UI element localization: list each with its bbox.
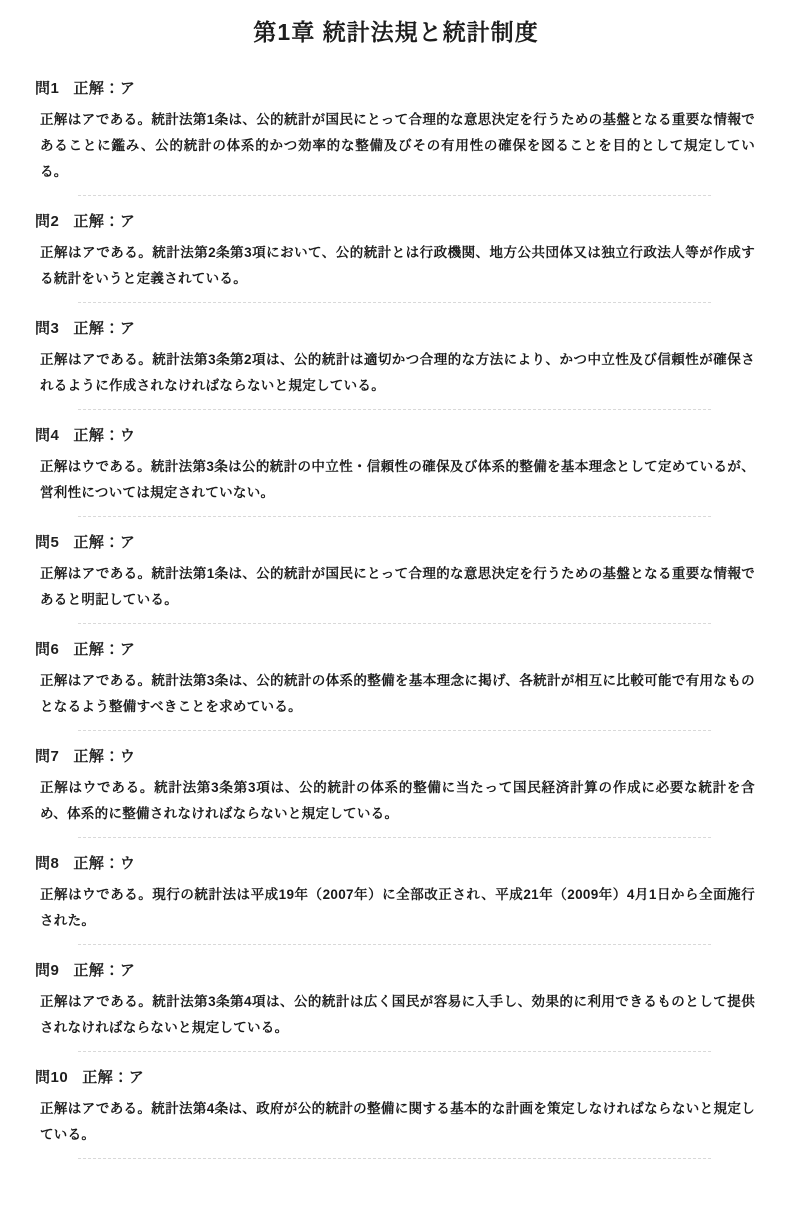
question-header: 問8正解：ウ — [35, 852, 757, 873]
question-number: 問4 — [35, 427, 59, 444]
question-block-4: 問4正解：ウ 正解はウである。統計法第3条は公的統計の中立性・信頼性の確保及び体… — [35, 424, 757, 517]
document-page: 第1章 統計法規と統計制度 問1正解：ア 正解はアである。統計法第1条は、公的統… — [0, 0, 792, 1205]
separator — [78, 944, 711, 945]
question-block-5: 問5正解：ア 正解はアである。統計法第1条は、公的統計が国民にとって合理的な意思… — [35, 531, 757, 624]
question-header: 問7正解：ウ — [35, 745, 757, 766]
question-answer: 正解：ア — [73, 213, 135, 230]
question-explanation: 正解はアである。統計法第1条は、公的統計が国民にとって合理的な意思決定を行うため… — [35, 107, 757, 185]
question-block-3: 問3正解：ア 正解はアである。統計法第3条第2項は、公的統計は適切かつ合理的な方… — [35, 317, 757, 410]
question-header: 問10正解：ア — [35, 1066, 757, 1087]
separator — [78, 1158, 711, 1159]
question-explanation: 正解はウである。現行の統計法は平成19年（2007年）に全部改正され、平成21年… — [35, 882, 757, 934]
page-title: 第1章 統計法規と統計制度 — [35, 12, 757, 47]
separator — [78, 195, 711, 196]
question-explanation: 正解はアである。統計法第3条第2項は、公的統計は適切かつ合理的な方法により、かつ… — [35, 347, 757, 399]
question-number: 問8 — [35, 855, 59, 872]
question-header: 問3正解：ア — [35, 317, 757, 338]
question-answer: 正解：ア — [82, 1069, 144, 1086]
question-answer: 正解：ア — [73, 641, 135, 658]
question-header: 問1正解：ア — [35, 77, 757, 98]
question-answer: 正解：ア — [73, 534, 135, 551]
question-explanation: 正解はウである。統計法第3条第3項は、公的統計の体系的整備に当たって国民経済計算… — [35, 775, 757, 827]
separator — [78, 730, 711, 731]
separator — [78, 1051, 711, 1052]
question-answer: 正解：ウ — [73, 855, 135, 872]
separator — [78, 516, 711, 517]
question-header: 問4正解：ウ — [35, 424, 757, 445]
question-number: 問5 — [35, 534, 59, 551]
question-block-9: 問9正解：ア 正解はアである。統計法第3条第4項は、公的統計は広く国民が容易に入… — [35, 959, 757, 1052]
question-number: 問1 — [35, 80, 59, 97]
question-explanation: 正解はアである。統計法第1条は、公的統計が国民にとって合理的な意思決定を行うため… — [35, 561, 757, 613]
separator — [78, 302, 711, 303]
question-number: 問6 — [35, 641, 59, 658]
question-number: 問3 — [35, 320, 59, 337]
question-number: 問10 — [35, 1069, 68, 1086]
separator — [78, 623, 711, 624]
question-header: 問5正解：ア — [35, 531, 757, 552]
question-answer: 正解：ア — [73, 320, 135, 337]
question-answer: 正解：ア — [73, 80, 135, 97]
question-block-1: 問1正解：ア 正解はアである。統計法第1条は、公的統計が国民にとって合理的な意思… — [35, 77, 757, 196]
question-block-8: 問8正解：ウ 正解はウである。現行の統計法は平成19年（2007年）に全部改正さ… — [35, 852, 757, 945]
question-block-6: 問6正解：ア 正解はアである。統計法第3条は、公的統計の体系的整備を基本理念に掲… — [35, 638, 757, 731]
question-number: 問2 — [35, 213, 59, 230]
question-answer: 正解：ウ — [73, 427, 135, 444]
question-explanation: 正解はアである。統計法第2条第3項において、公的統計とは行政機関、地方公共団体又… — [35, 240, 757, 292]
question-block-7: 問7正解：ウ 正解はウである。統計法第3条第3項は、公的統計の体系的整備に当たっ… — [35, 745, 757, 838]
question-explanation: 正解はアである。統計法第3条は、公的統計の体系的整備を基本理念に掲げ、各統計が相… — [35, 668, 757, 720]
question-answer: 正解：ウ — [73, 748, 135, 765]
question-explanation: 正解はアである。統計法第4条は、政府が公的統計の整備に関する基本的な計画を策定し… — [35, 1096, 757, 1148]
question-header: 問2正解：ア — [35, 210, 757, 231]
question-number: 問7 — [35, 748, 59, 765]
question-answer: 正解：ア — [73, 962, 135, 979]
separator — [78, 409, 711, 410]
question-explanation: 正解はアである。統計法第3条第4項は、公的統計は広く国民が容易に入手し、効果的に… — [35, 989, 757, 1041]
question-header: 問9正解：ア — [35, 959, 757, 980]
question-header: 問6正解：ア — [35, 638, 757, 659]
question-number: 問9 — [35, 962, 59, 979]
question-explanation: 正解はウである。統計法第3条は公的統計の中立性・信頼性の確保及び体系的整備を基本… — [35, 454, 757, 506]
question-block-2: 問2正解：ア 正解はアである。統計法第2条第3項において、公的統計とは行政機関、… — [35, 210, 757, 303]
separator — [78, 837, 711, 838]
